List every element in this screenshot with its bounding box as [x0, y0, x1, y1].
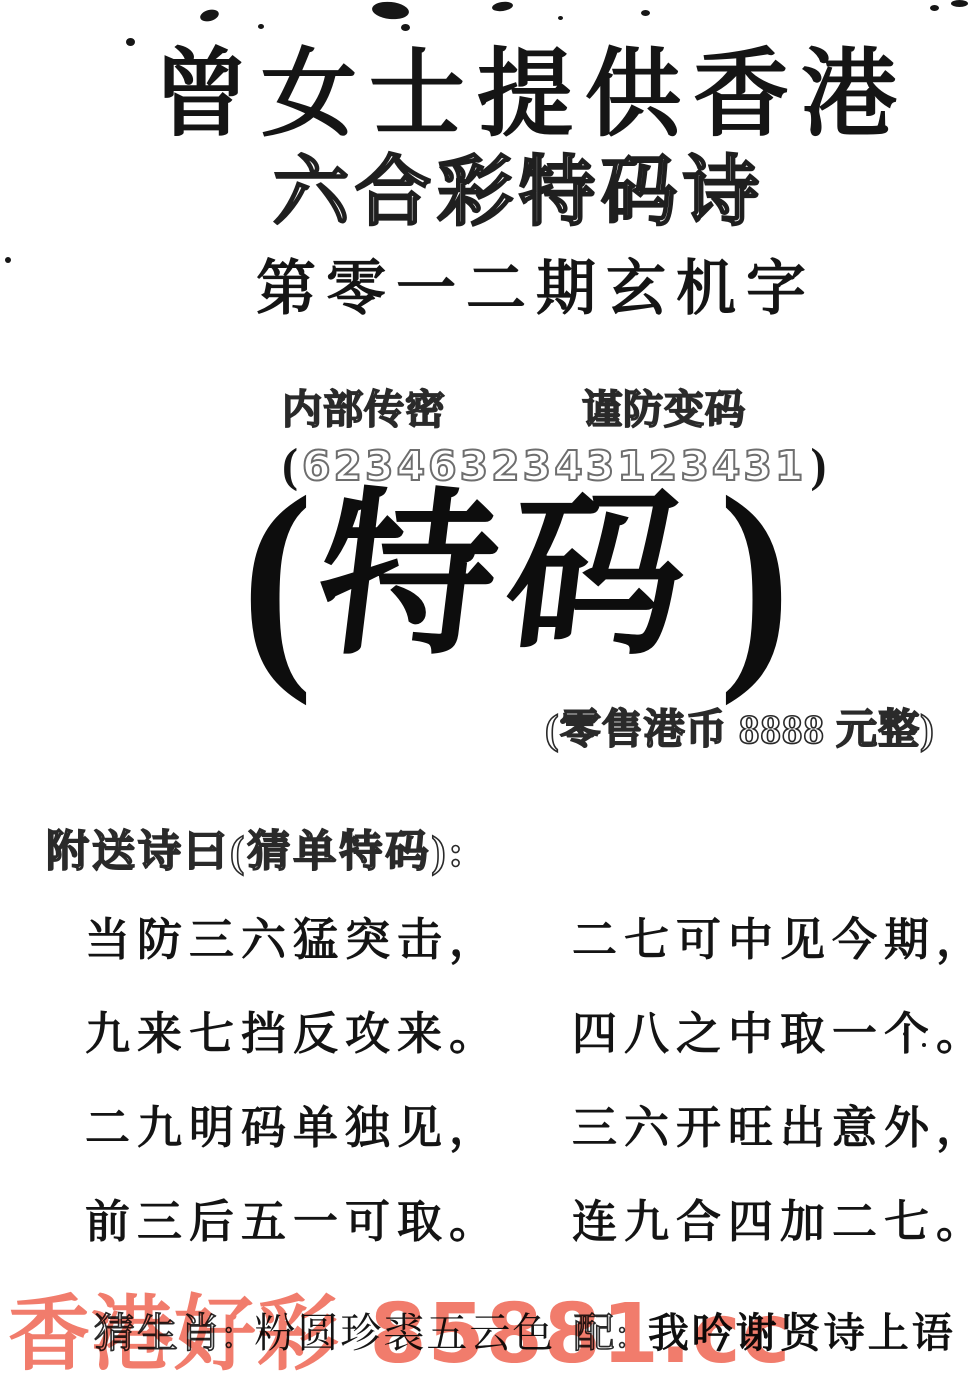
issue-number-line: 第零一二期玄机字 [50, 252, 972, 327]
ink-blot [258, 24, 264, 29]
poem-line-left-2: 九来七挡反攻来。 [85, 997, 501, 1062]
beware-fake-code-label: 谨防变码 [582, 378, 746, 435]
ink-blot [930, 5, 939, 11]
poem-line-left-3: 二九明码单独见， [85, 1091, 501, 1156]
inner-secret-label: 内部传密 [282, 378, 446, 435]
special-code-text: 特码 [306, 471, 708, 685]
ink-blot [199, 8, 220, 24]
watermark-text: 香港好彩 85881.cc [8, 1294, 791, 1376]
poem-heading: 附送诗曰(猜单特码): [46, 818, 466, 879]
poem-line-right-2: 四八之中取一个。 [572, 997, 972, 1062]
banner-open-paren: ( [241, 461, 313, 693]
subtitle-lottery-poem: 六合彩特码诗 [33, 148, 972, 239]
ink-blot [5, 257, 11, 263]
ink-blot [558, 16, 563, 20]
poem-line-right-1: 二七可中见今期， [572, 903, 972, 968]
banner-close-paren: ) [719, 461, 791, 693]
ink-blot [641, 10, 650, 16]
special-code-banner: ( 特码 ) [30, 470, 972, 685]
scanned-lottery-flyer: 曾女士提供香港 六合彩特码诗 第零一二期玄机字 内部传密 谨防变码 ( 6234… [0, 0, 972, 1388]
poem-line-right-4: 连九合四加二七。 [572, 1185, 972, 1250]
ink-blot [951, 0, 968, 7]
page-title: 曾女士提供香港 [45, 30, 972, 160]
ink-blot [371, 0, 410, 21]
poem-line-right-3: 三六开旺出意外， [572, 1091, 972, 1156]
ink-blot [491, 1, 513, 13]
retail-price-line: (零售港币 8888 元整) [545, 696, 935, 755]
poem-line-left-1: 当防三六猛突击， [85, 903, 501, 968]
poem-line-left-4: 前三后五一可取。 [85, 1185, 501, 1250]
